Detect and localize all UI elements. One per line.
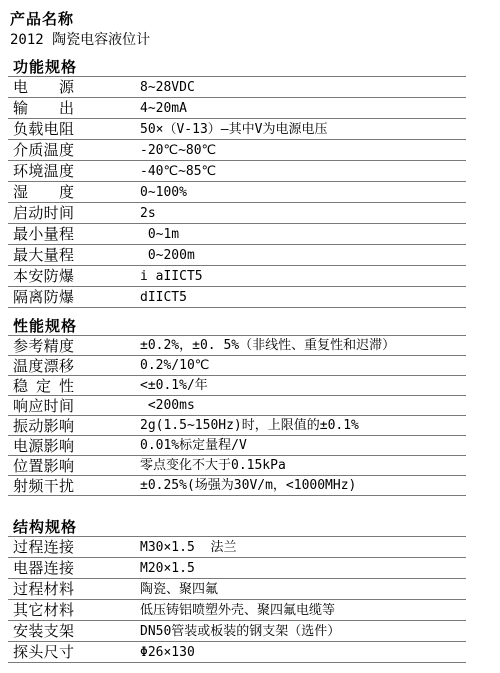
spec-value: i aIICT5 <box>140 269 203 284</box>
spec-label: 隔离防爆 <box>13 289 74 305</box>
spec-value: 低压铸铝喷塑外壳、聚四氟电缆等 <box>140 603 335 618</box>
product-name-heading: 产品名称 <box>10 11 500 27</box>
spec-value: 2s <box>140 206 156 221</box>
spec-section: 结构规格 过程连接 M30×1.5 法兰 电器连接 M20×1.5 过程材料 陶… <box>0 519 500 663</box>
spec-label: 温度漂移 <box>13 358 74 374</box>
spec-row: 隔离防爆 dIICT5 <box>8 287 466 308</box>
spec-row: 电源影响 0.01%标定量程/V <box>8 436 466 456</box>
spec-row: 电器连接 M20×1.5 <box>8 558 466 579</box>
spec-value: 零点变化不大于0.15kPa <box>140 458 286 473</box>
spec-label: 电源影响 <box>13 438 74 454</box>
spec-table: 过程连接 M30×1.5 法兰 电器连接 M20×1.5 过程材料 陶瓷、聚四氟… <box>8 536 466 663</box>
spec-row: 湿度 0~100% <box>8 182 466 203</box>
spec-table: 电源 8~28VDC 输出 4~20mA 负载电阻 50×（V-13）—其中V为… <box>8 76 466 308</box>
spec-value: 0.2%/10℃ <box>140 358 209 373</box>
spec-row: 温度漂移 0.2%/10℃ <box>8 356 466 376</box>
spec-row: 其它材料 低压铸铝喷塑外壳、聚四氟电缆等 <box>8 600 466 621</box>
spec-label: 电器连接 <box>13 560 74 576</box>
spec-value: 0~1m <box>140 227 179 242</box>
spec-label: 探头尺寸 <box>13 644 74 660</box>
spec-row: 介质温度 -20℃~80℃ <box>8 140 466 161</box>
spec-value: 8~28VDC <box>140 80 195 95</box>
spec-label: 输出 <box>13 100 74 116</box>
spec-row: 安装支架 DN50管装或板装的钢支架（选件） <box>8 621 466 642</box>
section-title: 功能规格 <box>13 59 500 75</box>
spec-row: 过程材料 陶瓷、聚四氟 <box>8 579 466 600</box>
spec-value: <200ms <box>140 398 195 413</box>
spec-row: 过程连接 M30×1.5 法兰 <box>8 537 466 558</box>
spec-row: 稳定性 <±0.1%/年 <box>8 376 466 396</box>
spec-value: 4~20mA <box>140 101 187 116</box>
spec-row: 位置影响 零点变化不大于0.15kPa <box>8 456 466 476</box>
product-name-value: 2012 陶瓷电容液位计 <box>10 33 500 48</box>
spec-value: -40℃~85℃ <box>140 164 216 179</box>
spec-label: 振动影响 <box>13 418 74 434</box>
spec-row: 启动时间 2s <box>8 203 466 224</box>
spec-label: 位置影响 <box>13 458 74 474</box>
spec-row: 本安防爆 i aIICT5 <box>8 266 466 287</box>
spec-value: 0.01%标定量程/V <box>140 438 247 453</box>
spec-value: 0~200m <box>140 248 195 263</box>
spec-value: dIICT5 <box>140 290 187 305</box>
spec-label: 最小量程 <box>13 226 74 242</box>
spec-value: M20×1.5 <box>140 561 195 576</box>
spec-value: ±0.2%，±0. 5%（非线性、重复性和迟滞） <box>140 338 395 353</box>
spec-value: -20℃~80℃ <box>140 143 216 158</box>
spec-label: 过程材料 <box>13 581 74 597</box>
spec-section: 性能规格 参考精度 ±0.2%，±0. 5%（非线性、重复性和迟滞） 温度漂移 … <box>0 318 500 496</box>
spec-row: 射频干扰 ±0.25%(场强为30V/m，<1000MHz) <box>8 476 466 496</box>
spec-value: M30×1.5 法兰 <box>140 540 236 555</box>
spec-value: DN50管装或板装的钢支架（选件） <box>140 624 340 639</box>
spec-sections: 功能规格 电源 8~28VDC 输出 4~20mA 负载电阻 50×（V-13）… <box>0 59 500 663</box>
spec-row: 参考精度 ±0.2%，±0. 5%（非线性、重复性和迟滞） <box>8 336 466 356</box>
spec-section: 功能规格 电源 8~28VDC 输出 4~20mA 负载电阻 50×（V-13）… <box>0 59 500 308</box>
spec-row: 负载电阻 50×（V-13）—其中V为电源电压 <box>8 119 466 140</box>
spec-value: Φ26×130 <box>140 645 195 660</box>
spec-label: 过程连接 <box>13 539 74 555</box>
spec-value: 2g(1.5~150Hz)时，上限值的±0.1% <box>140 418 359 433</box>
spec-label: 稳定性 <box>13 378 74 394</box>
section-title: 结构规格 <box>13 519 500 535</box>
spec-table: 参考精度 ±0.2%，±0. 5%（非线性、重复性和迟滞） 温度漂移 0.2%/… <box>8 335 466 496</box>
spec-label: 参考精度 <box>13 338 74 354</box>
spec-label: 本安防爆 <box>13 268 74 284</box>
spec-row: 环境温度 -40℃~85℃ <box>8 161 466 182</box>
spec-row: 探头尺寸 Φ26×130 <box>8 642 466 663</box>
spec-value: 50×（V-13）—其中V为电源电压 <box>140 122 327 137</box>
section-title: 性能规格 <box>13 318 500 334</box>
spec-row: 最大量程 0~200m <box>8 245 466 266</box>
spec-label: 最大量程 <box>13 247 74 263</box>
spec-label: 电源 <box>13 79 74 95</box>
spec-label: 射频干扰 <box>13 478 74 494</box>
spec-value: ±0.25%(场强为30V/m，<1000MHz) <box>140 478 356 493</box>
spec-label: 启动时间 <box>13 205 74 221</box>
spec-label: 湿度 <box>13 184 74 200</box>
spec-value: <±0.1%/年 <box>140 378 208 393</box>
spec-label: 负载电阻 <box>13 121 74 137</box>
spec-value: 陶瓷、聚四氟 <box>140 582 218 597</box>
spec-row: 最小量程 0~1m <box>8 224 466 245</box>
spec-value: 0~100% <box>140 185 187 200</box>
spec-label: 安装支架 <box>13 623 74 639</box>
spec-row: 响应时间 <200ms <box>8 396 466 416</box>
spec-label: 介质温度 <box>13 142 74 158</box>
spec-row: 输出 4~20mA <box>8 98 466 119</box>
spec-row: 电源 8~28VDC <box>8 77 466 98</box>
spec-label: 响应时间 <box>13 398 74 414</box>
spec-label: 环境温度 <box>13 163 74 179</box>
spec-row: 振动影响 2g(1.5~150Hz)时，上限值的±0.1% <box>8 416 466 436</box>
spec-label: 其它材料 <box>13 602 74 618</box>
spec-document: 产品名称 2012 陶瓷电容液位计 功能规格 电源 8~28VDC 输出 4~2… <box>0 0 500 673</box>
